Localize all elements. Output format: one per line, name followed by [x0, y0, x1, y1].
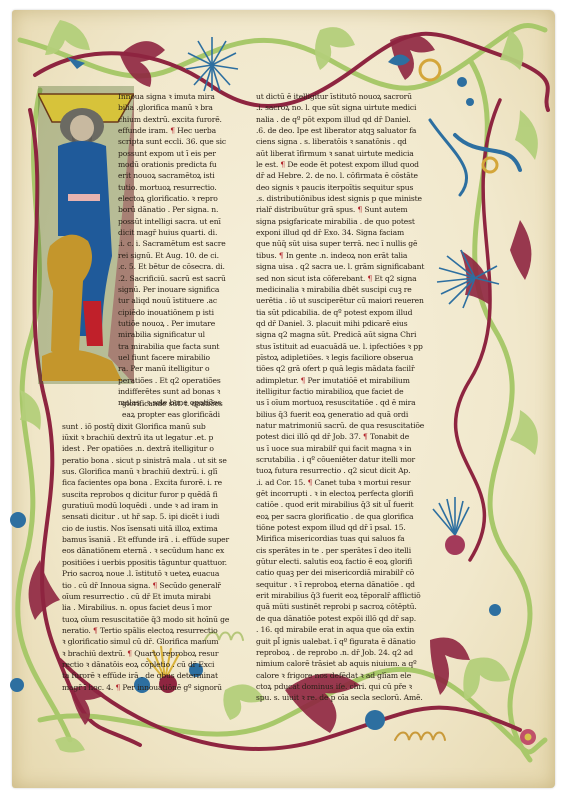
text-line: bilia .glorifica manū ꝛ bra — [118, 102, 250, 113]
text-line: itelligitur factio mirabilioꝝ que faciet… — [256, 386, 450, 397]
text-line: iūxit ꝛ brachiū dextrū ita ut legatur .e… — [62, 432, 250, 443]
text-line: reproboꝝ . de reprobo .n. dr̄ Job. 24. q… — [256, 647, 450, 658]
text-line: ra. Per manū itelligitur o — [118, 363, 250, 374]
text-column-left-lower: glorificande sūt. i. opatiōes eaꝝ propte… — [62, 398, 250, 693]
text-line: signa uisa . q2 sacra ue. l. grām signif… — [256, 261, 450, 272]
text-line: . 16. qd mirabile erat in aqua que oīa e… — [256, 624, 450, 635]
text-line: Mirifica misericordias tuas qui saluos f… — [256, 533, 450, 544]
text-line: oīum resurrectio . cū dr̄ Et imuta mirab… — [62, 591, 250, 602]
text-line: effunde iram. ¶ Hec uerba — [118, 125, 250, 136]
text-line: quā mūti sustinēt reprobi p sacroꝝ cōtēp… — [256, 601, 450, 612]
text-line: scrutabilia . i qº cōueniēter datur itel… — [256, 454, 450, 465]
text-line: fica facientes opa bona . Excita furorē.… — [62, 477, 250, 488]
text-line: uel fiunt facere mirabilio — [118, 352, 250, 363]
text-line: gēt incorrupti . ꝛ in electoꝝ perfecta g… — [256, 488, 450, 499]
text-line: us ī oīum mortuoꝝ resuscitatiōe . qd ē m… — [256, 397, 450, 408]
text-line: pīstoꝝ adipletiōes. ꝛ legis faciliore ob… — [256, 352, 450, 363]
text-line: tio . cū dr̄ Innoua signa. ¶ Secūdo gene… — [62, 580, 250, 591]
text-line: eoꝝ per sacra glorificatio . de qua glor… — [256, 511, 450, 522]
text-line: possūt intelligi sacra. ut enī — [118, 216, 250, 227]
text-line: guratiuū modū loquēdi . unde ꝛ ad iram i… — [62, 500, 250, 511]
text-line: tuoꝝ futura resurrectio . q2 sicut dicit… — [256, 465, 450, 476]
text-line: adimpletur. ¶ Per imutatiōē et mirabiliu… — [256, 375, 450, 386]
text-line: catiōe . quod erit mirabilius q̄3 sit ul… — [256, 499, 450, 510]
text-line: de qua dānatiōe potest expōi illō qd dr̄… — [256, 613, 450, 624]
text-line: tuoꝝ oīum resuscitatiōe q̄3 modo sit hoī… — [62, 614, 250, 625]
text-line: tutiōe nouoꝝ . Per imutare — [118, 318, 250, 329]
text-line: Innoua signa ꝛ imuta mira — [118, 91, 250, 102]
text-line: .c. 5. Et bētur de cōsecra. di. — [118, 261, 250, 272]
text-line: peratiões . Et q2 operatiões — [118, 375, 250, 386]
text-line: Prio sacroꝝ noue .l. īstitutō ꝛ ueteꝝ eu… — [62, 568, 250, 579]
text-line: bilius q̄3 fuerit eoꝝ generatio ad quā o… — [256, 409, 450, 420]
text-line: nalia . de qº pōt expom illud qd dr̄ Dan… — [256, 114, 450, 125]
text-line: gūtur electi. salutis eoꝝ factio ē eoꝝ g… — [256, 556, 450, 567]
text-line: sequitur . ꝛ ī reproboꝝ eterna dānatiōe … — [256, 579, 450, 590]
text-line: .6. de deo. Ipe est liberator atqꝫ salua… — [256, 125, 450, 136]
text-line: indifferētes sunt ad bonas ꝛ — [118, 386, 250, 397]
text-line: cio de iustis. Nos īsensati uitā illoꝝ e… — [62, 523, 250, 534]
text-line: .i. sacroꝝ no. l. que sūt signa uirtute … — [256, 102, 450, 113]
text-line: modū orationis predicta fu — [118, 159, 250, 170]
text-line: scripta sunt eccli. 36. que sic — [118, 136, 250, 147]
text-line: tra mirabilia que facta sunt — [118, 341, 250, 352]
text-line: borū dānatio . Per signa. n. — [118, 204, 250, 215]
text-line: bamus īsaniā . Et effunde irā . i. effūd… — [62, 534, 250, 545]
text-line: exponi illud qd dr̄ Exo. 34. Signa facia… — [256, 227, 450, 238]
text-line: que nūq̄ sūt uisa super terrā. nec ī nul… — [256, 238, 450, 249]
text-line: rectio ꝛ dānatōis eoꝝ cōpletio . cū dr̄ … — [62, 659, 250, 670]
text-line: eaꝝ propter eas glorificādi — [62, 409, 250, 420]
text-line: .i. ad Cor. 15. ¶ Canet tuba ꝛ mortui re… — [256, 477, 450, 488]
text-line: medicinalia ꝛ mirabilia dbēt suscipi cuꝫ… — [256, 284, 450, 295]
text-line: catio quaꝫ per dei misericordiā mirabilr… — [256, 567, 450, 578]
text-line: calore ꝛ frigore nos defēdat ꝛ ad glīam … — [256, 670, 450, 681]
text-line: .i. c. i. Sacramētum est sacre — [118, 238, 250, 249]
text-line: dicit magr̄ huius quarti. di. — [118, 227, 250, 238]
text-line: signū. Per inouare significa — [118, 284, 250, 295]
text-line: uerētia . iō ut susciperētur cū maiori r… — [256, 295, 450, 306]
text-line: tia sūt pdicabilia. de qº potest expom i… — [256, 307, 450, 318]
text-line: sus. Glorifica manū ꝛ brachiū dextrū. i.… — [62, 466, 250, 477]
text-line: possunt expom ut ī eis per — [118, 148, 250, 159]
text-line: peratio bona . sicut p sinistrā mala . u… — [62, 455, 250, 466]
text-line: ciens signa . s. liberatōis ꝛ sanatōnis … — [256, 136, 450, 147]
text-line: glorificande sūt. i. opatiōes — [62, 398, 250, 409]
text-line: tiōes q2 grā ofert p quā legis mādata fa… — [256, 363, 450, 374]
text-line: .s. distributiōnibus idest signis p que … — [256, 193, 450, 204]
text-line: us ī uoce sua mirabilr̄ qui facit magna … — [256, 443, 450, 454]
text-line: spu. s. uiuit ꝛ re. de p oīa secla seclo… — [256, 692, 450, 703]
text-line: signa psigfaricate mirabilia . de quo po… — [256, 216, 450, 227]
text-line: lia . Mirabilius. n. opus faciet deus ī … — [62, 602, 250, 613]
text-line: signa q2 magna sūt. Predicā aūt signa Ch… — [256, 329, 450, 340]
text-line: natur matrimoniū sacrū. de qua resuscita… — [256, 420, 450, 431]
text-line: rei signū. Et Aug. 10. de ci. — [118, 250, 250, 261]
text-line: tur aliqd nouū īstituere .ac — [118, 295, 250, 306]
text-line: rialr̄ distribuūtur grā spus. ¶ Sunt aut… — [256, 204, 450, 215]
text-line: positiōes i uerbis ppositis tāguntur qua… — [62, 557, 250, 568]
text-line: aūt liberat īfirmum ꝛ sanat uirtute medi… — [256, 148, 450, 159]
text-line: stus īstituit ad euacuādā ue. l. ipfecti… — [256, 341, 450, 352]
text-line: deo signis ꝛ paucis iterpoītis sequitur … — [256, 182, 450, 193]
text-line: magr̄ ī hoc. 4. ¶ Per innouatiōnē gº sig… — [62, 682, 250, 693]
text-line: sensati dicitur . ut hr̄ sap. 5. ipi dic… — [62, 511, 250, 522]
text-line: dr̄ ad Hebre. 2. de no. l. cōfirmata ē c… — [256, 170, 450, 181]
text-line: ꝛ glorificatio simul cū dr̄. Glorifica m… — [62, 636, 250, 647]
text-line: mirabilia significatur ul — [118, 329, 250, 340]
text-line: chium dextrū. excita furorē. — [118, 114, 250, 125]
text-line: guit pl̄ ignis ualebat. ī qº figurata ē … — [256, 636, 450, 647]
text-line: suscita reprobos q dicitur furor p quēdā… — [62, 489, 250, 500]
text-line: le est. ¶ De eode ēt potest expom illud … — [256, 159, 450, 170]
text-column-left-upper: Innoua signa ꝛ imuta mira bilia .glorifi… — [118, 91, 250, 409]
text-line: neratio. ¶ Tertio spālis electoꝝ resurre… — [62, 625, 250, 636]
text-line: idest . Per opatiōes .n. dextrā itelligi… — [62, 443, 250, 454]
text-line: tiōne potest expom illud qd dr̄ ī psal. … — [256, 522, 450, 533]
text-line: cipiēdo inouatiōnem p isti — [118, 307, 250, 318]
text-line: tibus. ¶ In gente .n. indeoꝝ non erāt ta… — [256, 250, 450, 261]
text-line: sunt . iō postq̄ dixit Glorifica manū su… — [62, 421, 250, 432]
text-line: sed non sicut ista cōferebant. ¶ Et q2 s… — [256, 273, 450, 284]
text-line: tutio. mortuoꝝ resurrectio. — [118, 182, 250, 193]
text-line: erit mirabilius q̄3 fuerit eoꝝ tēporalr̄… — [256, 590, 450, 601]
text-line: ctoꝝ pducat dominus iſe. chri. qui cū př… — [256, 681, 450, 692]
text-column-right: ut dictū ē itelligitur īstitutō nouoꝝ sa… — [256, 91, 450, 715]
text-line: .2. Sacrificiū. sacrū est sacrū — [118, 273, 250, 284]
text-line: ut dictū ē itelligitur īstitutō nouoꝝ sa… — [256, 91, 450, 102]
text-line — [256, 704, 450, 715]
text-line: qd dr̄ Daniel. 3. placuit mihi pdicarē e… — [256, 318, 450, 329]
text-line: electoꝝ glorificatio. ꝛ repro — [118, 193, 250, 204]
text-line: erit nouoꝝ sacramētoꝝ isti — [118, 170, 250, 181]
text-line: nimium calorē trāsiet ab aquis niuium. a… — [256, 658, 450, 669]
text-line: ꝛ brachiū dextrū. ¶ Quarto reproboꝝ resu… — [62, 648, 250, 659]
text-line: cis sperātes in te . per sperātes ī deo … — [256, 545, 450, 556]
text-line: potest dici illō qd dr̄ Job. 37. ¶ Tonab… — [256, 431, 450, 442]
text-line: ta furorē ꝛ effūde irā . de qbus determi… — [62, 670, 250, 681]
text-line: eos dānatiōnem eternā . ꝛ secūdum hanc e… — [62, 545, 250, 556]
